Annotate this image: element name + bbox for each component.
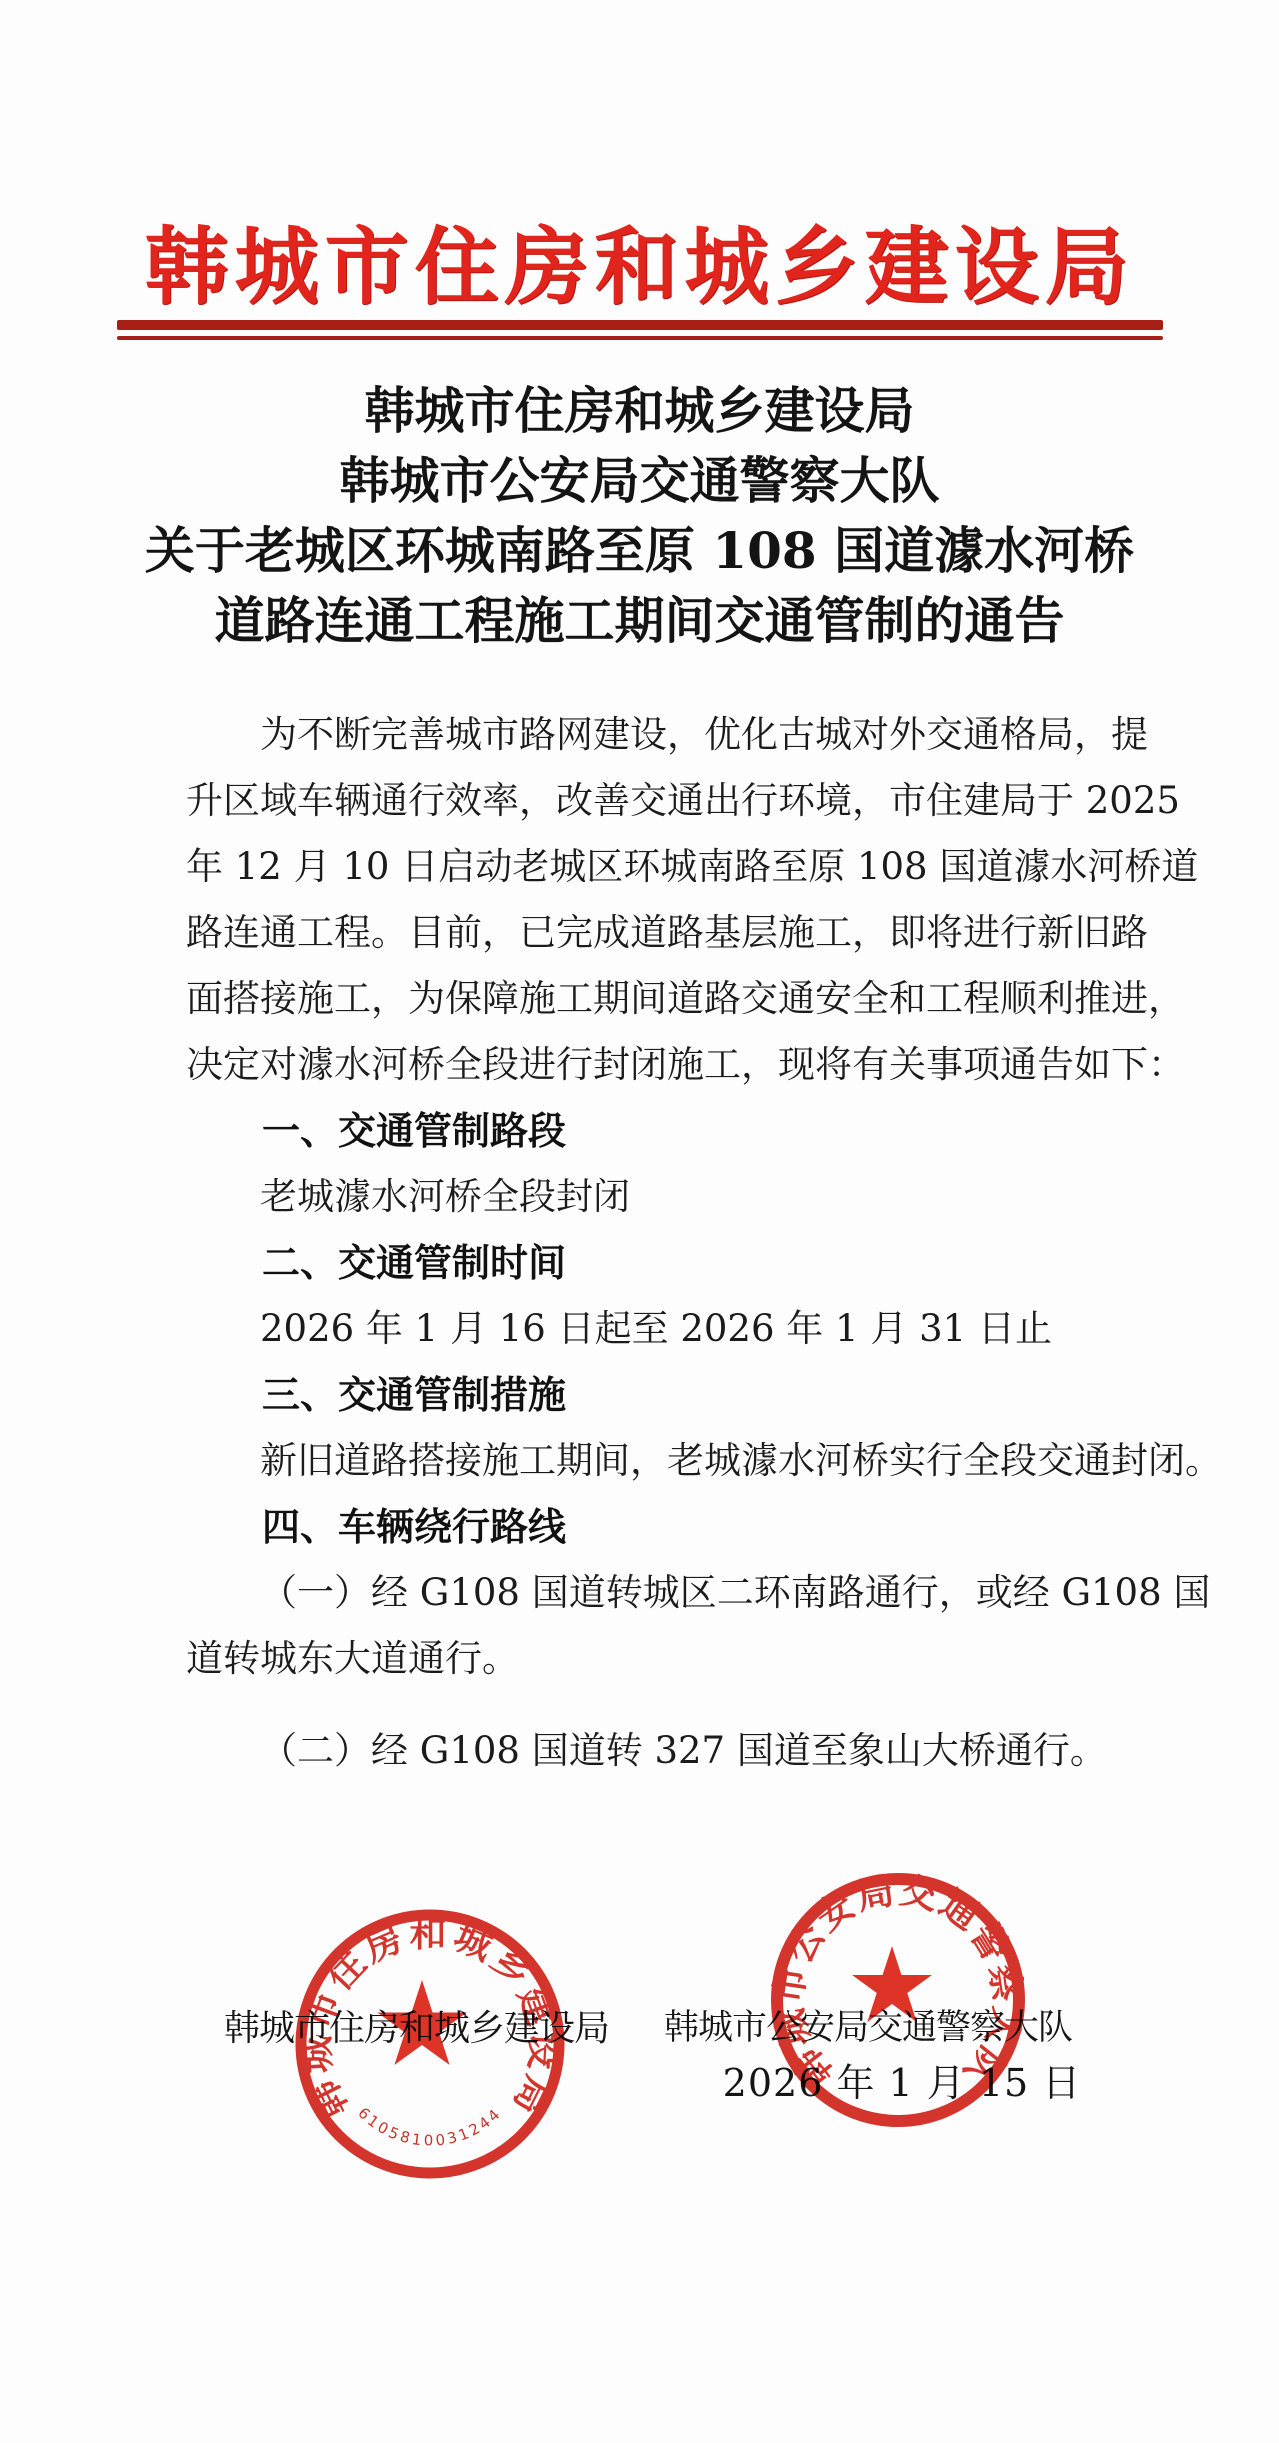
section-line: 2026 年 1 月 16 日起至 2026 年 1 月 31 日止 — [186, 1296, 1146, 1362]
title-line-3: 关于老城区环城南路至原 108 国道澽水河桥 — [0, 516, 1279, 586]
notice-body: 为不断完善城市路网建设，优化古城对外交通格局，提 升区域车辆通行效率，改善交通出… — [186, 702, 1146, 1784]
title-line-4: 道路连通工程施工期间交通管制的通告 — [0, 586, 1279, 656]
official-seal-traffic-police: 韩城市公安局交通警察大队 — [748, 1850, 1048, 2150]
seal-star-icon — [852, 1946, 932, 2022]
seal-code: 6105810031244 — [354, 2104, 505, 2150]
title-line-2: 韩城市公安局交通警察大队 — [0, 446, 1279, 516]
section-heading-3: 三、交通管制措施 — [186, 1362, 1146, 1428]
official-seal-housing-bureau: 韩城市住房和城乡建设局 6105810031244 — [280, 1897, 580, 2197]
seal-star-icon — [377, 1980, 466, 2065]
paragraph-line: 为不断完善城市路网建设，优化古城对外交通格局，提 — [186, 702, 1146, 768]
svg-text:6105810031244: 6105810031244 — [354, 2104, 505, 2150]
section-heading-1: 一、交通管制路段 — [186, 1098, 1146, 1164]
section-line: （二）经 G108 国道转 327 国道至象山大桥通行。 — [186, 1718, 1146, 1784]
paragraph-line: 路连通工程。目前，已完成道路基层施工，即将进行新旧路 — [186, 900, 1146, 966]
title-line-1: 韩城市住房和城乡建设局 — [0, 376, 1279, 446]
section-heading-2: 二、交通管制时间 — [186, 1230, 1146, 1296]
notice-page: 韩城市住房和城乡建设局 韩城市住房和城乡建设局 韩城市公安局交通警察大队 关于老… — [0, 0, 1279, 2443]
letterhead-rule-thin — [117, 336, 1163, 340]
document-title: 韩城市住房和城乡建设局 韩城市公安局交通警察大队 关于老城区环城南路至原 108… — [0, 376, 1279, 656]
section-line: 道转城东大道通行。 — [186, 1626, 1146, 1692]
paragraph-line: 面搭接施工，为保障施工期间道路交通安全和工程顺利推进， — [186, 966, 1146, 1032]
section-heading-4: 四、车辆绕行路线 — [186, 1494, 1146, 1560]
section-line: 新旧道路搭接施工期间，老城澽水河桥实行全段交通封闭。 — [186, 1428, 1146, 1494]
section-line: 老城澽水河桥全段封闭 — [186, 1164, 1146, 1230]
paragraph-line: 升区域车辆通行效率，改善交通出行环境，市住建局于 2025 — [186, 768, 1146, 834]
letterhead-title: 韩城市住房和城乡建设局 — [0, 222, 1279, 312]
paragraph-line: 决定对澽水河桥全段进行封闭施工，现将有关事项通告如下： — [186, 1032, 1146, 1098]
paragraph-line: 年 12 月 10 日启动老城区环城南路至原 108 国道澽水河桥道 — [186, 834, 1146, 900]
section-line: （一）经 G108 国道转城区二环南路通行，或经 G108 国 — [186, 1560, 1146, 1626]
letterhead-rule-thick — [117, 320, 1163, 330]
